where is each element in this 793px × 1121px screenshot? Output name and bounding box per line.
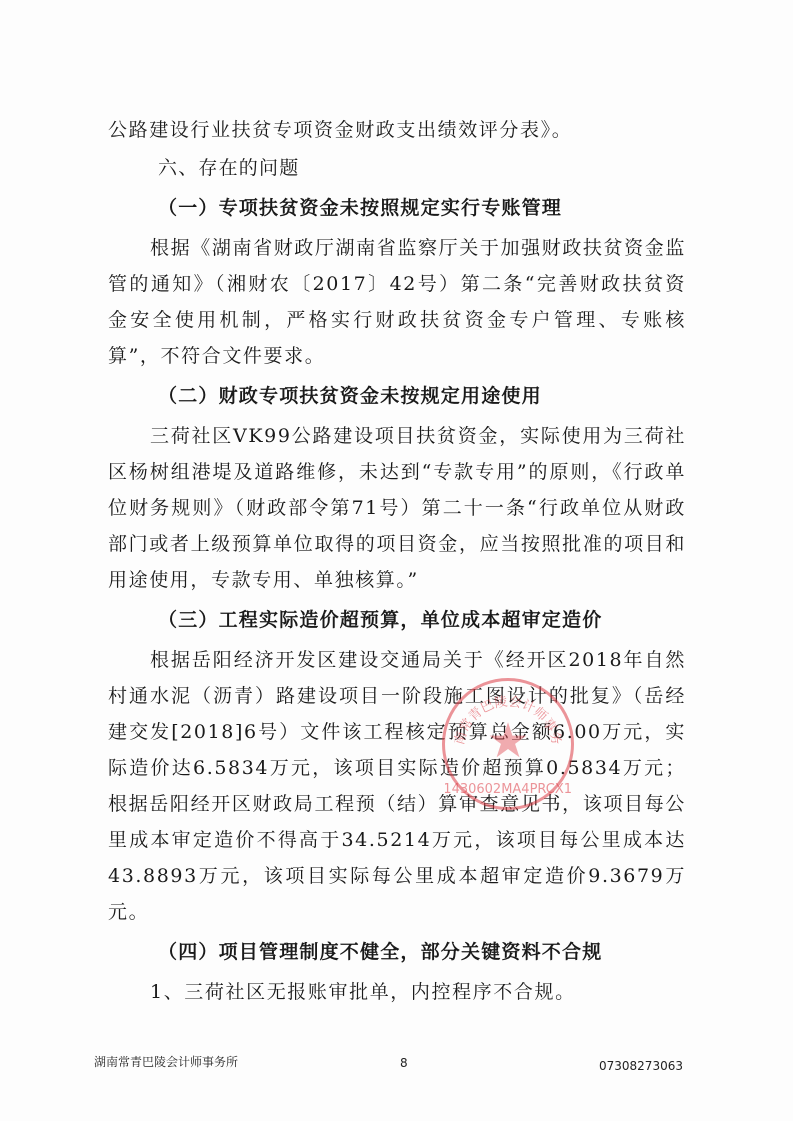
document-page: 公路建设行业扶贫专项资金财政支出绩效评分表》。 六、存在的问题 （一）专项扶贫资… <box>0 0 793 1121</box>
subsection-2-paragraph: 三荷社区VK99公路建设项目扶贫资金，实际使用为三荷社区杨树组港堤及道路维修，未… <box>108 418 686 598</box>
footer-phone: 07308273063 <box>599 1059 683 1073</box>
footer-firm-name: 湖南常青巴陵会计师事务所 <box>94 1053 238 1070</box>
subsection-2-title: （二）财政专项扶贫资金未按规定用途使用 <box>108 378 686 414</box>
page-number: 8 <box>400 1056 408 1070</box>
subsection-1-paragraph: 根据《湖南省财政厅湖南省监察厅关于加强财政扶贫资金监管的通知》（湘财农〔2017… <box>108 230 686 374</box>
subsection-3-title: （三）工程实际造价超预算，单位成本超审定造价 <box>108 602 686 638</box>
continuation-line: 公路建设行业扶贫专项资金财政支出绩效评分表》。 <box>108 112 686 148</box>
page-footer: 湖南常青巴陵会计师事务所 8 07308273063 <box>94 1053 694 1073</box>
subsection-4-title: （四）项目管理制度不健全，部分关键资料不合规 <box>108 934 686 970</box>
subsection-4-item-1: 1、三荷社区无报账审批单，内控程序不合规。 <box>108 974 686 1010</box>
subsection-1-title: （一）专项扶贫资金未按照规定实行专账管理 <box>108 190 686 226</box>
page-content: 公路建设行业扶贫专项资金财政支出绩效评分表》。 六、存在的问题 （一）专项扶贫资… <box>108 112 686 1010</box>
section-title: 六、存在的问题 <box>108 150 686 186</box>
subsection-3-paragraph: 根据岳阳经济开发区建设交通局关于《经开区2018年自然村通水泥（沥青）路建设项目… <box>108 642 686 930</box>
